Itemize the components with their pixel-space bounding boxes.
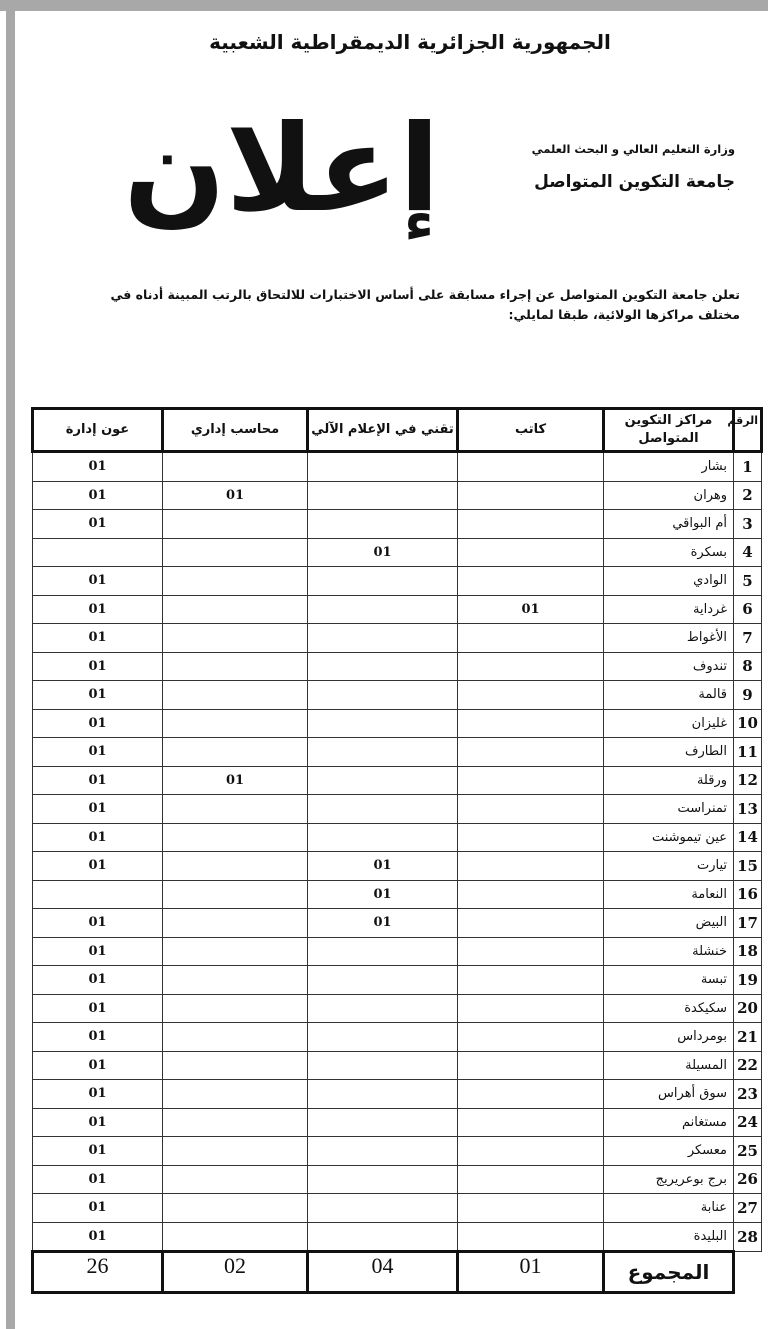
row-center-name: عنابة [604,1194,734,1223]
row-it-technician [308,1165,458,1194]
row-admin-agent: 01 [33,795,163,824]
row-admin-agent: 01 [33,1137,163,1166]
row-admin-agent: 01 [33,937,163,966]
row-center-name: النعامة [604,880,734,909]
row-number: 4 [734,538,762,567]
republic-heading: الجمهورية الجزائرية الديمقراطية الشعبية [160,30,660,54]
row-clerk [458,909,604,938]
row-it-technician [308,1222,458,1252]
row-accountant [163,937,308,966]
table-row: 2وهران0101 [33,481,762,510]
row-accountant [163,595,308,624]
row-it-technician [308,1080,458,1109]
row-accountant [163,452,308,482]
col-header-number: الرقم [734,409,762,452]
row-number: 13 [734,795,762,824]
row-it-technician [308,681,458,710]
table-row: 12ورقلة0101 [33,766,762,795]
row-center-name: خنشلة [604,937,734,966]
row-clerk [458,937,604,966]
row-center-name: ورقلة [604,766,734,795]
row-clerk [458,1051,604,1080]
row-number: 26 [734,1165,762,1194]
row-it-technician [308,823,458,852]
row-number: 5 [734,567,762,596]
row-admin-agent: 01 [33,966,163,995]
row-admin-agent: 01 [33,823,163,852]
row-number: 21 [734,1023,762,1052]
row-clerk [458,766,604,795]
row-it-technician [308,738,458,767]
row-center-name: وهران [604,481,734,510]
row-number: 1 [734,452,762,482]
row-accountant [163,994,308,1023]
col-header-clerk: كاتب [458,409,604,452]
table-row: 14عين تيموشنت01 [33,823,762,852]
row-it-technician [308,1108,458,1137]
row-accountant [163,1137,308,1166]
row-clerk [458,1137,604,1166]
row-accountant [163,1080,308,1109]
col-header-accountant: محاسب إداري [163,409,308,452]
row-clerk [458,738,604,767]
row-number: 14 [734,823,762,852]
row-number: 20 [734,994,762,1023]
row-it-technician [308,937,458,966]
ministry-name: وزارة التعليم العالي و البحث العلمي [520,142,735,156]
row-number: 23 [734,1080,762,1109]
row-accountant [163,823,308,852]
table-row: 11الطارف01 [33,738,762,767]
table-row: 16النعامة01 [33,880,762,909]
table-row: 13تمنراست01 [33,795,762,824]
row-admin-agent: 01 [33,624,163,653]
row-number: 15 [734,852,762,881]
row-clerk [458,624,604,653]
page-frame-top [0,0,768,11]
row-number: 6 [734,595,762,624]
row-admin-agent: 01 [33,1222,163,1252]
row-center-name: بومرداس [604,1023,734,1052]
table-row: 27عنابة01 [33,1194,762,1223]
row-admin-agent: 01 [33,567,163,596]
row-number: 28 [734,1222,762,1252]
row-number: 3 [734,510,762,539]
table-row: 20سكيكدة01 [33,994,762,1023]
announcement-title: إعلان [140,95,440,245]
row-admin-agent: 01 [33,1023,163,1052]
table-row: 10غليزان01 [33,709,762,738]
row-clerk [458,709,604,738]
row-accountant [163,966,308,995]
row-center-name: أم البواقي [604,510,734,539]
row-accountant [163,1051,308,1080]
row-center-name: تبسة [604,966,734,995]
row-accountant [163,909,308,938]
row-number: 25 [734,1137,762,1166]
row-it-technician [308,994,458,1023]
row-clerk [458,852,604,881]
table-row: 25معسكر01 [33,1137,762,1166]
row-number: 11 [734,738,762,767]
row-admin-agent: 01 [33,766,163,795]
row-clerk [458,681,604,710]
row-it-technician [308,966,458,995]
row-accountant [163,1108,308,1137]
row-clerk [458,994,604,1023]
row-center-name: غرداية [604,595,734,624]
row-admin-agent: 01 [33,994,163,1023]
table-row: 28البليدة01 [33,1222,762,1252]
table-row: 24مستغانم01 [33,1108,762,1137]
row-admin-agent: 01 [33,1051,163,1080]
positions-table: الرقم مراكز التكوين المتواصل كاتب تقني ف… [31,407,763,1294]
table-row: 3أم البواقي01 [33,510,762,539]
row-accountant: 01 [163,481,308,510]
row-accountant: 01 [163,766,308,795]
row-clerk: 01 [458,595,604,624]
row-accountant [163,795,308,824]
total-accountant: 02 [163,1252,308,1293]
row-clerk [458,1194,604,1223]
row-center-name: برج بوعريريج [604,1165,734,1194]
row-clerk [458,966,604,995]
total-admin-agent: 26 [33,1252,163,1293]
total-label: المجموع [604,1252,734,1293]
row-admin-agent: 01 [33,709,163,738]
row-center-name: الوادي [604,567,734,596]
row-clerk [458,823,604,852]
row-it-technician [308,624,458,653]
row-it-technician [308,595,458,624]
row-accountant [163,1023,308,1052]
row-it-technician [308,1023,458,1052]
row-center-name: تمنراست [604,795,734,824]
page-frame-left [6,11,15,1329]
table-row: 5الوادي01 [33,567,762,596]
row-clerk [458,567,604,596]
row-clerk [458,652,604,681]
row-admin-agent [33,538,163,567]
row-clerk [458,1108,604,1137]
intro-paragraph: تعلن جامعة التكوين المتواصل عن إجراء مسا… [80,285,740,325]
row-clerk [458,795,604,824]
row-number: 10 [734,709,762,738]
row-center-name: الطارف [604,738,734,767]
university-name: جامعة التكوين المتواصل [520,172,735,192]
row-center-name: سكيكدة [604,994,734,1023]
total-row: المجموع 01 04 02 26 [33,1252,762,1293]
table-row: 8تندوف01 [33,652,762,681]
row-clerk [458,1165,604,1194]
row-admin-agent: 01 [33,738,163,767]
row-accountant [163,852,308,881]
row-number: 9 [734,681,762,710]
row-clerk [458,481,604,510]
row-accountant [163,738,308,767]
row-number: 22 [734,1051,762,1080]
table-row: 26برج بوعريريج01 [33,1165,762,1194]
row-it-technician: 01 [308,852,458,881]
table-row: 17البيض0101 [33,909,762,938]
row-it-technician: 01 [308,909,458,938]
row-center-name: تندوف [604,652,734,681]
table-row: 23سوق أهراس01 [33,1080,762,1109]
row-accountant [163,538,308,567]
row-it-technician: 01 [308,538,458,567]
row-center-name: قالمة [604,681,734,710]
row-center-name: الأغواط [604,624,734,653]
row-admin-agent: 01 [33,595,163,624]
col-header-it-technician: تقني في الإعلام الآلي [308,409,458,452]
row-admin-agent [33,880,163,909]
row-admin-agent: 01 [33,909,163,938]
row-admin-agent: 01 [33,1165,163,1194]
row-number: 27 [734,1194,762,1223]
row-it-technician [308,481,458,510]
row-admin-agent: 01 [33,452,163,482]
total-clerk: 01 [458,1252,604,1293]
row-admin-agent: 01 [33,852,163,881]
row-it-technician [308,1051,458,1080]
row-number: 2 [734,481,762,510]
row-accountant [163,1165,308,1194]
row-it-technician [308,510,458,539]
row-it-technician [308,1194,458,1223]
row-admin-agent: 01 [33,681,163,710]
row-number: 17 [734,909,762,938]
row-center-name: بشار [604,452,734,482]
table-row: 1بشار01 [33,452,762,482]
row-clerk [458,452,604,482]
row-center-name: سوق أهراس [604,1080,734,1109]
table-row: 9قالمة01 [33,681,762,710]
row-it-technician [308,567,458,596]
row-center-name: البليدة [604,1222,734,1252]
row-accountant [163,709,308,738]
row-center-name: المسيلة [604,1051,734,1080]
total-spacer [734,1252,762,1293]
row-it-technician [308,452,458,482]
row-number: 12 [734,766,762,795]
row-it-technician: 01 [308,880,458,909]
row-it-technician [308,766,458,795]
row-accountant [163,681,308,710]
row-clerk [458,510,604,539]
row-number: 19 [734,966,762,995]
table-row: 21بومرداس01 [33,1023,762,1052]
row-number: 8 [734,652,762,681]
row-center-name: تيارت [604,852,734,881]
row-clerk [458,1080,604,1109]
table-row: 19تبسة01 [33,966,762,995]
row-accountant [163,624,308,653]
row-center-name: عين تيموشنت [604,823,734,852]
row-admin-agent: 01 [33,652,163,681]
row-admin-agent: 01 [33,481,163,510]
table-row: 22المسيلة01 [33,1051,762,1080]
table-header-row: الرقم مراكز التكوين المتواصل كاتب تقني ف… [33,409,762,452]
row-clerk [458,538,604,567]
row-it-technician [308,652,458,681]
row-center-name: البيض [604,909,734,938]
row-center-name: معسكر [604,1137,734,1166]
row-center-name: بسكرة [604,538,734,567]
row-admin-agent: 01 [33,510,163,539]
row-clerk [458,1222,604,1252]
row-number: 7 [734,624,762,653]
row-admin-agent: 01 [33,1108,163,1137]
row-admin-agent: 01 [33,1194,163,1223]
row-accountant [163,567,308,596]
row-accountant [163,652,308,681]
table-row: 7الأغواط01 [33,624,762,653]
row-accountant [163,1222,308,1252]
row-accountant [163,510,308,539]
row-admin-agent: 01 [33,1080,163,1109]
row-number: 16 [734,880,762,909]
row-number: 18 [734,937,762,966]
row-it-technician [308,709,458,738]
table-row: 4بسكرة01 [33,538,762,567]
table-row: 18خنشلة01 [33,937,762,966]
row-number: 24 [734,1108,762,1137]
row-center-name: مستغانم [604,1108,734,1137]
row-accountant [163,880,308,909]
row-it-technician [308,1137,458,1166]
row-it-technician [308,795,458,824]
row-center-name: غليزان [604,709,734,738]
col-header-center: مراكز التكوين المتواصل [604,409,734,452]
row-clerk [458,880,604,909]
table-row: 15تيارت0101 [33,852,762,881]
row-accountant [163,1194,308,1223]
table-row: 6غرداية0101 [33,595,762,624]
col-header-admin-agent: عون إدارة [33,409,163,452]
total-it-technician: 04 [308,1252,458,1293]
row-clerk [458,1023,604,1052]
